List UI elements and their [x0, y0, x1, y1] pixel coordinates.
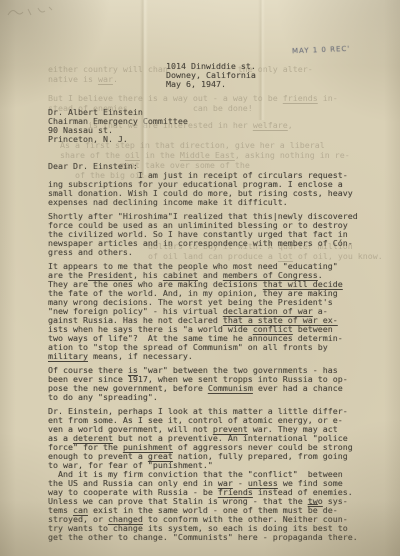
letter-paragraph-6: And it is my firm conviction that the "c…: [48, 470, 378, 542]
letter-paragraph-3: It appears to me that the people who mos…: [48, 262, 378, 361]
text-line: expenses nad declining income make it di…: [48, 198, 378, 207]
letter-page: MAY 1 0 REC' either country will chan th…: [0, 0, 400, 556]
text-line: military means, if necessary.: [48, 352, 378, 361]
letter-body: 1014 Dinwiddie st.Downey, CaliforniaMay …: [48, 0, 378, 542]
text-line: get the other to change. "Communists" he…: [48, 533, 378, 542]
text-line: gress and others.: [48, 248, 378, 257]
text-line: May 6, 1947.: [166, 80, 378, 89]
sender-address-block: 1014 Dinwiddie st.Downey, CaliforniaMay …: [166, 0, 378, 89]
recipient-address-block: Dr. Albert EinsteinChairman Emergency Co…: [48, 108, 378, 144]
letter-paragraph-2: Shortly after "Hiroshima"I realized that…: [48, 212, 378, 257]
letter-paragraph-5: Dr. Einstein, perhaps I look at this mat…: [48, 407, 378, 470]
text-line: to do any "spreading".: [48, 393, 378, 402]
letter-paragraph-1: I am just in receipt of circulars reques…: [48, 171, 378, 207]
text-line: Princeton, N. J.: [48, 135, 378, 144]
letter-paragraph-4: Of course there is "war" between the two…: [48, 366, 378, 402]
